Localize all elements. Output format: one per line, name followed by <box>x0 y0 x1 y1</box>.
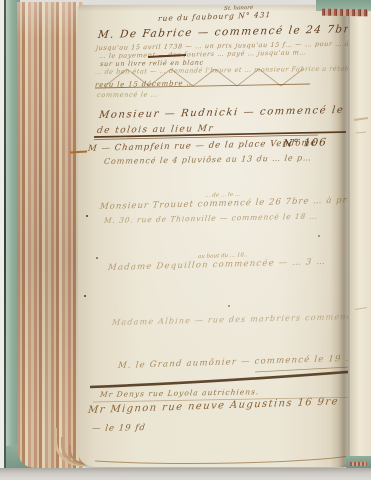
ink-underline <box>94 132 346 137</box>
next-page-sliver <box>350 12 371 468</box>
page-fore-edge <box>17 2 83 468</box>
ink-rule <box>93 397 348 402</box>
crossout-hatching <box>105 69 303 86</box>
marbled-edge-stripes <box>350 462 367 466</box>
ink-sweep <box>90 371 348 387</box>
ink-dash <box>148 55 186 57</box>
marbled-edge-stripes <box>322 9 368 17</box>
page-content: St. honoré rue du faubourg N° 431 M. De … <box>78 5 348 467</box>
manuscript-photo: St. honoré rue du faubourg N° 431 M. De … <box>0 0 371 480</box>
photo-bottom-shadow <box>0 468 371 480</box>
page-bottom-line <box>95 456 348 463</box>
ink-strokes <box>78 5 348 467</box>
ink-rule <box>95 84 310 88</box>
